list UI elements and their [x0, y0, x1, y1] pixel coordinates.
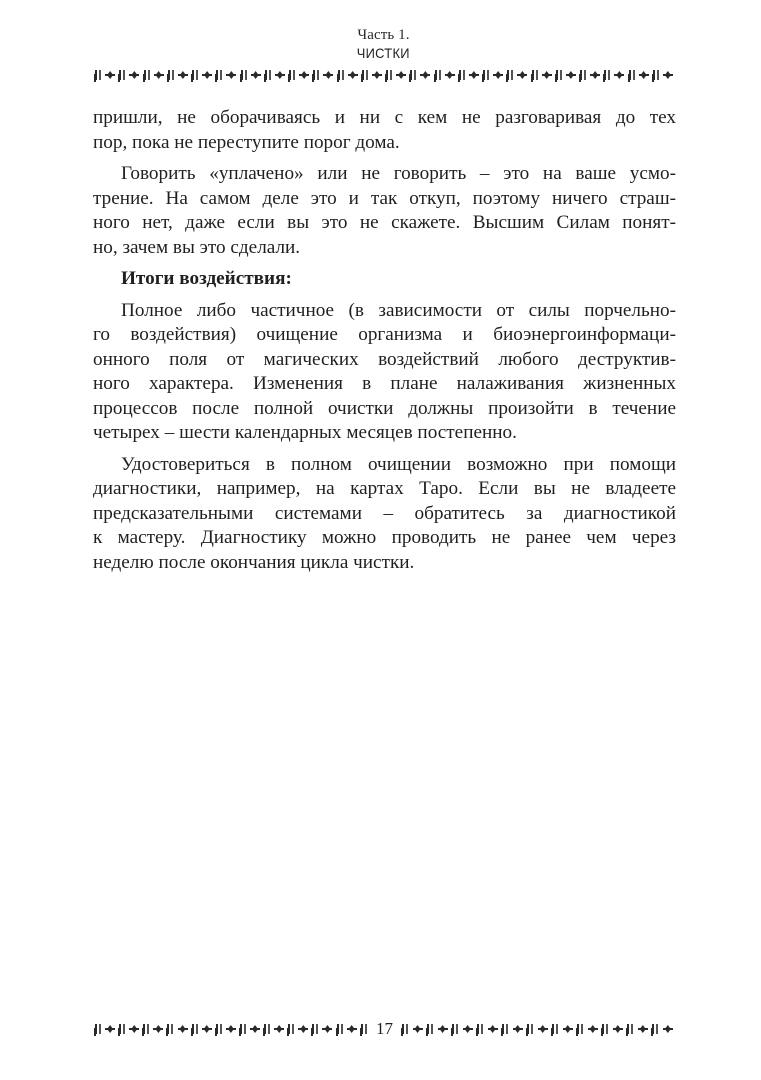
diamond-ornament-icon [463, 1023, 473, 1035]
bars-ornament-icon [505, 69, 515, 81]
diamond-ornament-icon [105, 69, 115, 81]
diamond-ornament-icon [493, 69, 503, 81]
diamond-ornament-icon [251, 69, 261, 81]
bars-ornament-icon [530, 69, 540, 81]
text-line: пор, пока не переступите порог дома. [93, 131, 676, 156]
bars-ornament-icon [214, 69, 224, 81]
text-line: процессов после полной очистки должны пр… [93, 397, 676, 422]
diamond-ornament-icon [226, 1023, 236, 1035]
bottom-left-ornament-divider [93, 1022, 369, 1036]
text-line: трение. На самом деле это и так откуп, п… [93, 187, 676, 212]
bars-ornament-icon [408, 69, 418, 81]
text-line: Удостовериться в полном очищении возможн… [93, 453, 676, 478]
diamond-ornament-icon [396, 69, 406, 81]
diamond-ornament-icon [663, 1023, 673, 1035]
bars-ornament-icon [93, 69, 103, 81]
diamond-ornament-icon [178, 69, 188, 81]
bars-ornament-icon [600, 1023, 610, 1035]
bars-ornament-icon [165, 1023, 175, 1035]
paragraph-diagnostics: Удостовериться в полном очищении возможн… [93, 453, 676, 576]
bars-ornament-icon [627, 69, 637, 81]
page-number: 17 [369, 1018, 400, 1040]
bars-ornament-icon [263, 69, 273, 81]
bars-ornament-icon [433, 69, 443, 81]
diamond-ornament-icon [438, 1023, 448, 1035]
diamond-ornament-icon [322, 1023, 332, 1035]
bars-ornament-icon [93, 1023, 103, 1035]
diamond-ornament-icon [588, 1023, 598, 1035]
diamond-ornament-icon [413, 1023, 423, 1035]
diamond-ornament-icon [614, 69, 624, 81]
bars-ornament-icon [481, 69, 491, 81]
bars-ornament-icon [141, 1023, 151, 1035]
bars-ornament-icon [525, 1023, 535, 1035]
bars-ornament-icon [425, 1023, 435, 1035]
bars-ornament-icon [500, 1023, 510, 1035]
diamond-ornament-icon [274, 1023, 284, 1035]
diamond-ornament-icon [129, 1023, 139, 1035]
bars-ornament-icon [625, 1023, 635, 1035]
bars-ornament-icon [214, 1023, 224, 1035]
bars-ornament-icon [360, 69, 370, 81]
bars-ornament-icon [578, 69, 588, 81]
bars-ornament-icon [359, 1023, 369, 1035]
text-line: го воздействия) очищение организма и био… [93, 323, 676, 348]
bars-ornament-icon [310, 1023, 320, 1035]
diamond-ornament-icon [226, 69, 236, 81]
diamond-ornament-icon [566, 69, 576, 81]
diamond-ornament-icon [420, 69, 430, 81]
bars-ornament-icon [117, 69, 127, 81]
diamond-ornament-icon [348, 69, 358, 81]
text-line: диагностики, например, на картах Таро. Е… [93, 477, 676, 502]
diamond-ornament-icon [613, 1023, 623, 1035]
bars-ornament-icon [117, 1023, 127, 1035]
bars-ornament-icon [384, 69, 394, 81]
diamond-ornament-icon [202, 69, 212, 81]
diamond-ornament-icon [105, 1023, 115, 1035]
bars-ornament-icon [238, 1023, 248, 1035]
top-ornament-divider [93, 68, 673, 82]
diamond-ornament-icon [563, 1023, 573, 1035]
book-page: Часть 1. ЧИСТКИ пришли, не оборачиваясь … [0, 0, 761, 1080]
diamond-ornament-icon [372, 69, 382, 81]
paragraph-continuation: пришли, не оборачиваясь и ни с кем не ра… [93, 106, 676, 155]
diamond-ornament-icon [178, 1023, 188, 1035]
diamond-ornament-icon [513, 1023, 523, 1035]
running-head: Часть 1. ЧИСТКИ [0, 27, 761, 61]
text-line: ного нет, даже если вы это не скажете. В… [93, 211, 676, 236]
bars-ornament-icon [142, 69, 152, 81]
bars-ornament-icon [262, 1023, 272, 1035]
bars-ornament-icon [336, 69, 346, 81]
bars-ornament-icon [457, 69, 467, 81]
bars-ornament-icon [550, 1023, 560, 1035]
diamond-ornament-icon [202, 1023, 212, 1035]
body-text: пришли, не оборачиваясь и ни с кем не ра… [93, 106, 676, 582]
bars-ornament-icon [554, 69, 564, 81]
diamond-ornament-icon [250, 1023, 260, 1035]
diamond-ornament-icon [638, 1023, 648, 1035]
text-line: четырех – шести календарных месяцев пост… [93, 421, 676, 446]
paragraph-uplacheno: Говорить «уплачено» или не говорить – эт… [93, 162, 676, 260]
diamond-ornament-icon [538, 1023, 548, 1035]
bars-ornament-icon [400, 1023, 410, 1035]
diamond-ornament-icon [590, 69, 600, 81]
paragraph-results: Полное либо частичное (в зависимости от … [93, 299, 676, 446]
text-line: ного характера. Изменения в плане налажи… [93, 372, 676, 397]
text-line: пришли, не оборачиваясь и ни с кем не ра… [93, 106, 676, 131]
diamond-ornament-icon [347, 1023, 357, 1035]
diamond-ornament-icon [663, 69, 673, 81]
bottom-right-ornament-divider [400, 1022, 673, 1036]
text-line: Говорить «уплачено» или не говорить – эт… [93, 162, 676, 187]
part-label: Часть 1. [0, 27, 761, 43]
text-line: предсказательными системами – обратитесь… [93, 502, 676, 527]
bars-ornament-icon [286, 1023, 296, 1035]
bars-ornament-icon [239, 69, 249, 81]
text-line: к мастеру. Диагностику можно проводить н… [93, 526, 676, 551]
bars-ornament-icon [311, 69, 321, 81]
text-line: но, зачем вы это сделали. [93, 236, 676, 261]
bars-ornament-icon [287, 69, 297, 81]
diamond-ornament-icon [323, 69, 333, 81]
diamond-ornament-icon [517, 69, 527, 81]
subheading-results: Итоги воздействия: [93, 267, 676, 292]
bars-ornament-icon [475, 1023, 485, 1035]
bars-ornament-icon [650, 1023, 660, 1035]
diamond-ornament-icon [488, 1023, 498, 1035]
text-line: онного поля от магических воздействий лю… [93, 348, 676, 373]
diamond-ornament-icon [469, 69, 479, 81]
bars-ornament-icon [335, 1023, 345, 1035]
diamond-ornament-icon [129, 69, 139, 81]
bars-ornament-icon [651, 69, 661, 81]
diamond-ornament-icon [153, 1023, 163, 1035]
diamond-ornament-icon [542, 69, 552, 81]
bars-ornament-icon [190, 69, 200, 81]
bars-ornament-icon [602, 69, 612, 81]
text-line: неделю после окончания цикла чистки. [93, 551, 676, 576]
diamond-ornament-icon [154, 69, 164, 81]
diamond-ornament-icon [445, 69, 455, 81]
diamond-ornament-icon [299, 69, 309, 81]
bars-ornament-icon [166, 69, 176, 81]
chapter-title: ЧИСТКИ [30, 45, 730, 61]
diamond-ornament-icon [639, 69, 649, 81]
diamond-ornament-icon [298, 1023, 308, 1035]
bars-ornament-icon [575, 1023, 585, 1035]
text-line: Полное либо частичное (в зависимости от … [93, 299, 676, 324]
bars-ornament-icon [450, 1023, 460, 1035]
bars-ornament-icon [190, 1023, 200, 1035]
diamond-ornament-icon [275, 69, 285, 81]
